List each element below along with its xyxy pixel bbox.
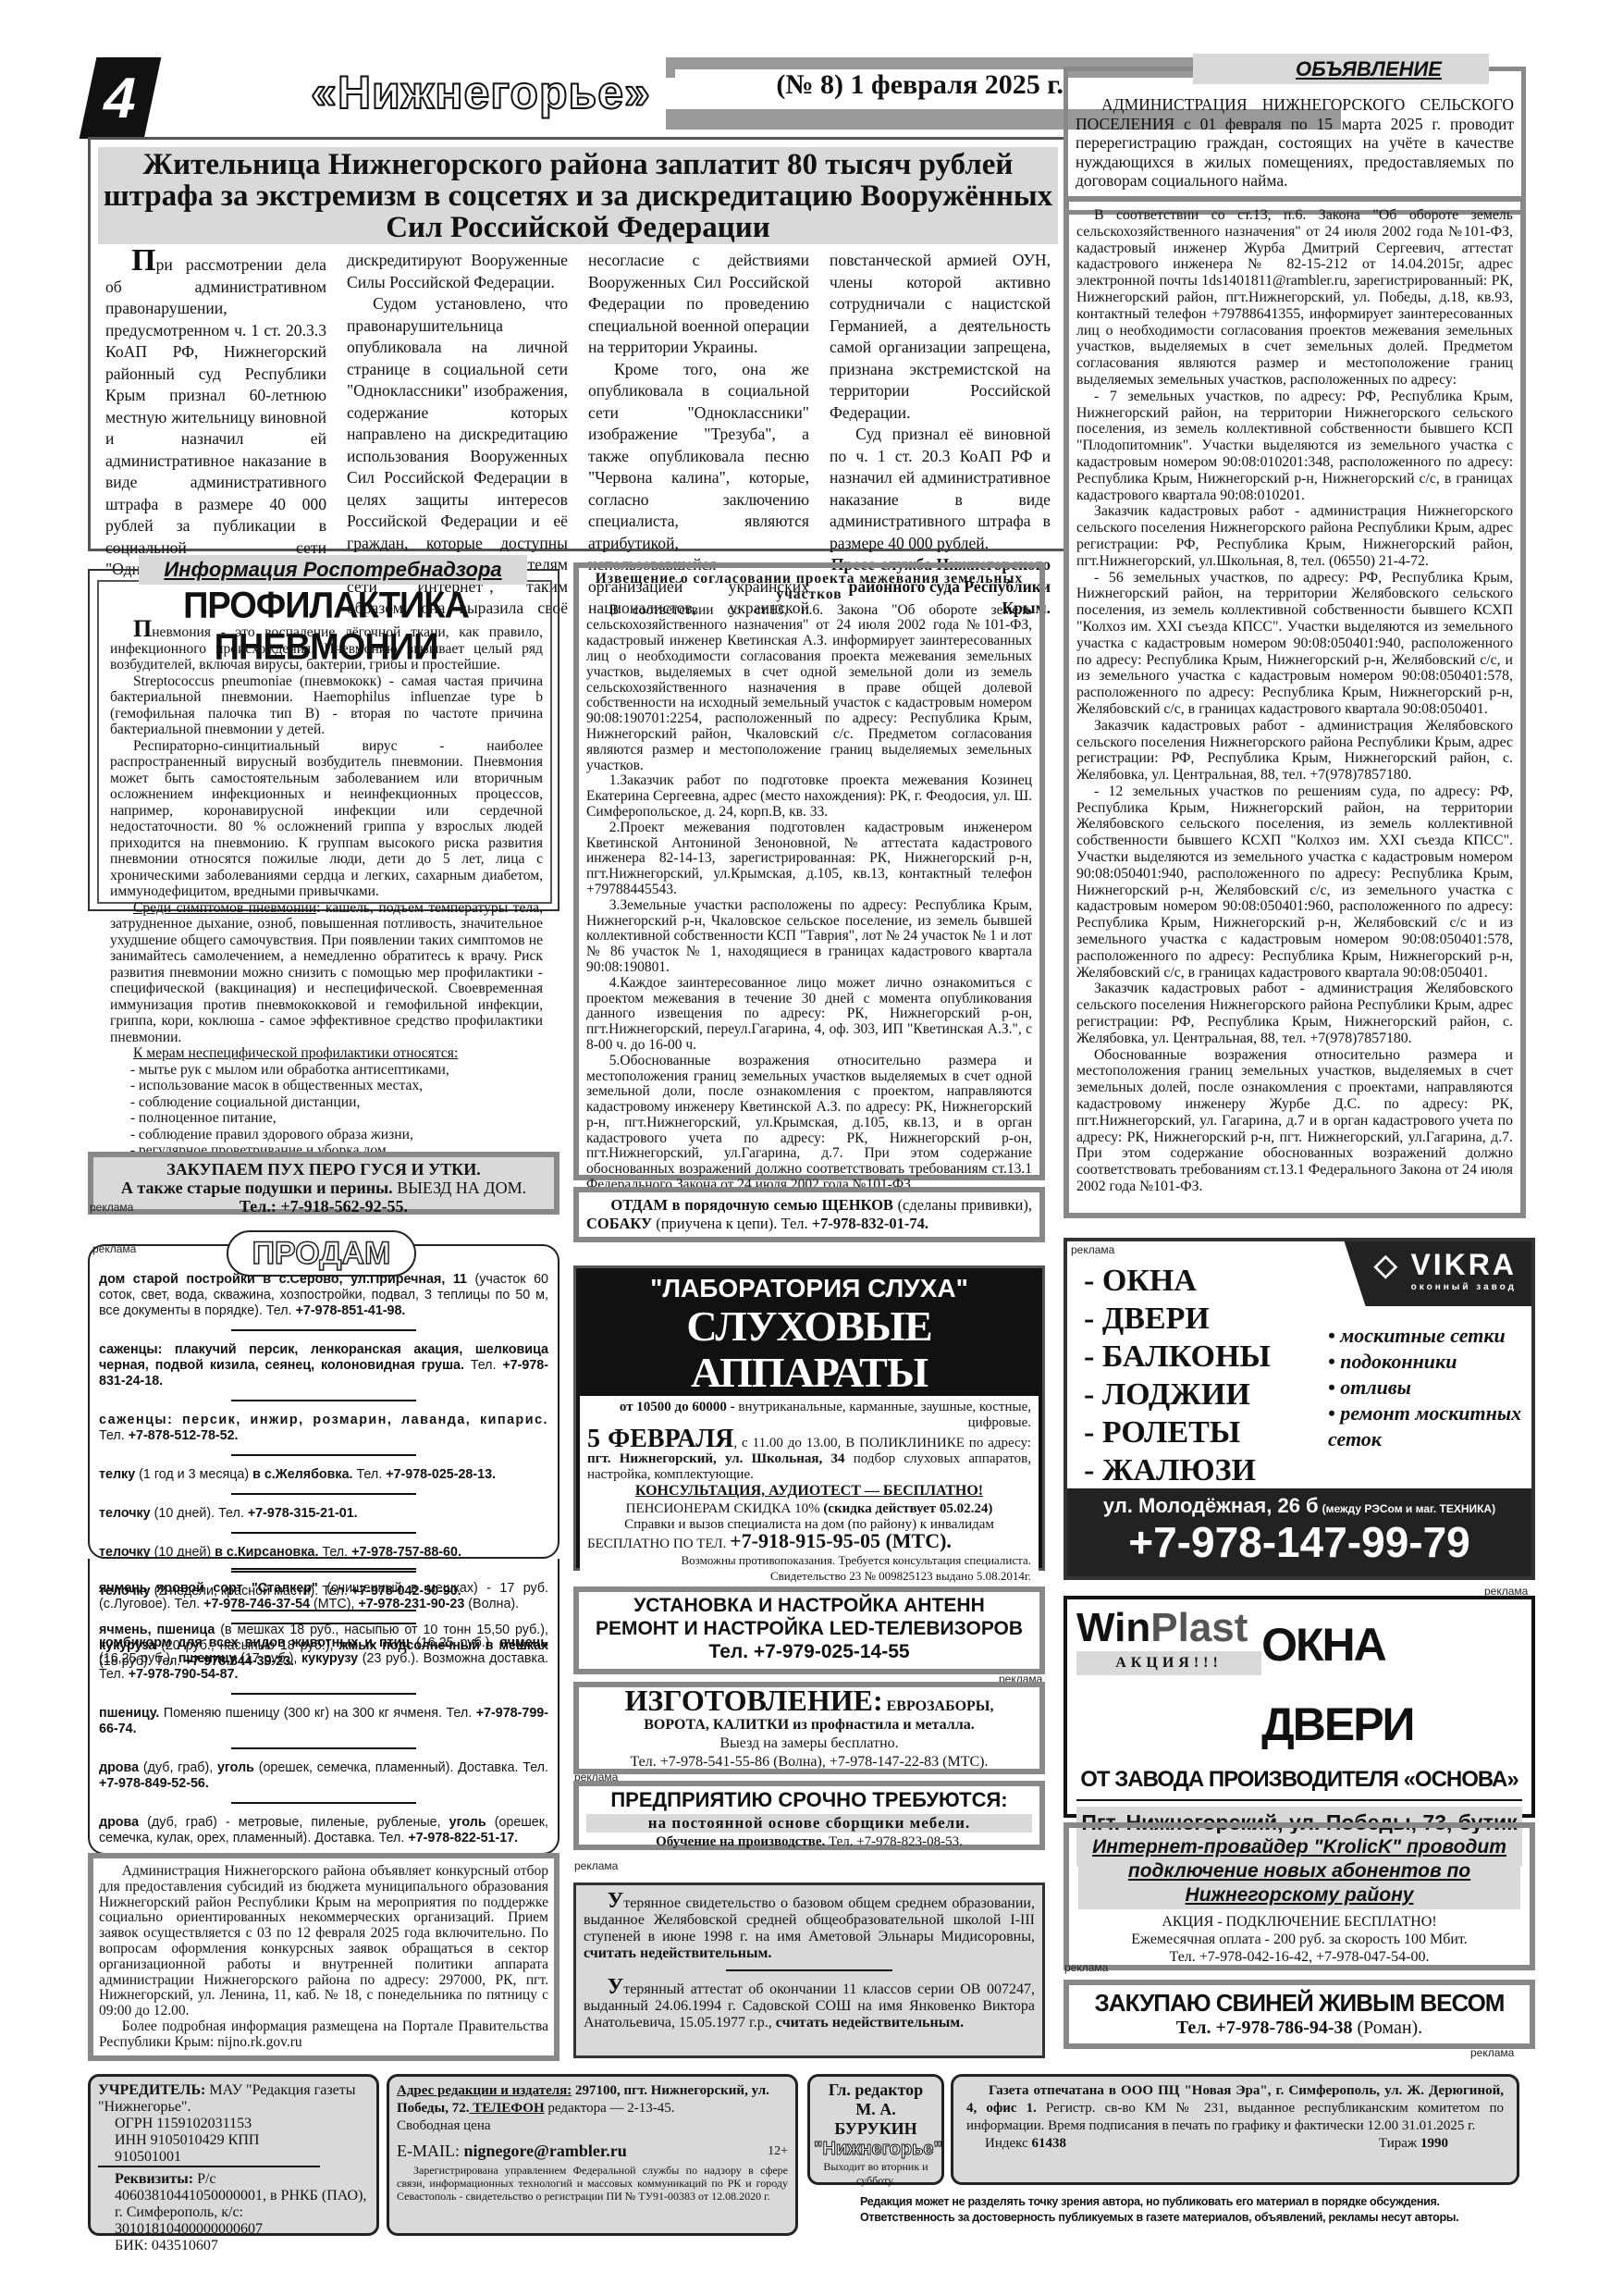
- pneumonia-title: ПРОФИЛАКТИКА ПНЕВМОНИИ: [92, 586, 559, 669]
- classified-item: комбикорм для всех видов животных и птиц…: [99, 1636, 548, 1683]
- notice-paragraph: Заказчик кадастровых работ - администрац…: [1076, 503, 1513, 569]
- main-article: Жительница Нижнегорского района заплатит…: [88, 137, 1068, 551]
- measure-item: - использование масок в общественных мес…: [130, 1078, 543, 1094]
- announcement-label: ОБЪЯВЛЕНИЕ: [1193, 54, 1489, 84]
- ad-headline: ЗАКУПАЕМ ПУХ ПЕРО ГУСЯ И УТКИ.: [93, 1160, 554, 1179]
- pig-buying-ad: ЗАКУПАЮ СВИНЕЙ ЖИВЫМ ВЕСОМ Тел. +7-978-7…: [1064, 1980, 1535, 2049]
- job-ad: ПРЕДПРИЯТИЮ СРОЧНО ТРЕБУЮТСЯ: на постоян…: [573, 1781, 1045, 1850]
- article-headline: Жительница Нижнегорского района заплатит…: [98, 147, 1058, 244]
- newspaper-logo: «Нижнегорье»: [296, 56, 666, 130]
- notice-paragraph: 2.Проект межевания подготовлен кадастров…: [586, 821, 1032, 898]
- notice-paragraph: - 56 земельных участков, по адресу: РФ, …: [1076, 570, 1513, 718]
- separator: [231, 1802, 416, 1804]
- separator: [231, 1400, 416, 1401]
- editorial-disclaimer: Редакция может не разделять точку зрения…: [860, 2194, 1526, 2226]
- classified-item: дрова (дуб, граб), уголь (орешек, семечк…: [99, 1760, 548, 1792]
- measures-list: - мытье рук с мылом или обработка антисе…: [110, 1062, 543, 1159]
- phone: +7-978-790-54-87.: [129, 1667, 239, 1682]
- ad-headline: СЛУХОВЫЕ АППАРАТЫ: [580, 1303, 1039, 1396]
- notice-paragraph: 4.Каждое заинтересованное лицо может лич…: [586, 976, 1032, 1054]
- notice-paragraph: 1.Заказчик работ по подготовке проекта м…: [586, 773, 1032, 820]
- announcement-box: АДМИНИСТРАЦИЯ НИЖНЕГОРСКОГО СЕЛЬСКОГО ПО…: [1064, 67, 1526, 215]
- ad-body: от 10500 до 60000 - внутриканальные, кар…: [580, 1396, 1039, 1599]
- separator: [231, 1454, 416, 1456]
- classifieds-sell: дом старой постройки в с.Серово, ул.Прир…: [88, 1244, 559, 1559]
- phone: Тел. +7-979-025-14-55: [579, 1640, 1039, 1663]
- phone: Тел. +7-978-823-08-53.: [825, 1834, 963, 1849]
- ad-mark: реклама: [1470, 2046, 1514, 2059]
- separator: [231, 1568, 416, 1570]
- phone: +7-978-025-28-13.: [386, 1467, 496, 1482]
- separator: [231, 1747, 416, 1749]
- separator: [231, 1693, 416, 1695]
- issue-date: (№ 8) 1 февраля 2025 г.: [675, 69, 1064, 101]
- announcement-text: АДМИНИСТРАЦИЯ НИЖНЕГОРСКОГО СЕЛЬСКОГО ПО…: [1076, 95, 1514, 191]
- pneumonia-symptoms: Среди симптомов пневмонии: кашель, подъе…: [110, 900, 543, 1046]
- printing-info: Газета отпечатана в ООО ПЦ "Новая Эра", …: [951, 2074, 1519, 2185]
- separator: [231, 1493, 416, 1495]
- measures-title-text: К мерам неспецифической профилактики отн…: [133, 1045, 458, 1061]
- founder-info: УЧРЕДИТЕЛЬ: МАУ "Редакция газеты "Нижнег…: [88, 2074, 379, 2236]
- notice-paragraph: В соответствии со ст.13, п.6. Закона "Об…: [1076, 207, 1513, 389]
- pneumonia-paragraph: Streptococcus pneumoniae (пневмококк) - …: [110, 673, 543, 738]
- winplast-ad: WinPlast АКЦИЯ!!! ОКНА ДВЕРИ ОТ ЗАВОДА П…: [1064, 1596, 1535, 1818]
- age-rating: 12+: [768, 2142, 788, 2160]
- ad-line-bold: А также старые подушки и перины.: [121, 1179, 393, 1197]
- internet-provider-ad: Интернет-провайдер "KrolicK" проводит по…: [1064, 1822, 1535, 1970]
- notice-paragraph: Заказчик кадастровых работ - администрац…: [1076, 718, 1513, 784]
- notice-title: Извещение о согласовании проекта межеван…: [586, 572, 1032, 603]
- chief-editor: Гл. редактор М. А. БУРУКИН "Нижнегорье" …: [807, 2074, 944, 2185]
- measure-item: - полноценное питание,: [130, 1110, 543, 1127]
- notice-paragraph: Администрация Нижнегорского района объяв…: [99, 1864, 548, 2019]
- hearing-aid-ad: "ЛАБОРАТОРИЯ СЛУХА" СЛУХОВЫЕ АППАРАТЫ от…: [573, 1265, 1045, 1571]
- phone: +7-978-231-90-23: [358, 1597, 464, 1611]
- article-paragraph: Суд признал её виновной по ч. 1 ст. 20.3…: [830, 424, 1051, 554]
- rospotrebnadzor-label: Информация Роспотребнадзора: [139, 555, 527, 585]
- phone: Тел. +7-978-541-55-86 (Волна), +7-978-14…: [579, 1753, 1039, 1771]
- notice-paragraph: - 12 земельных участков по решениям суда…: [1076, 784, 1513, 981]
- services-list: • москитные сетки • подоконники • отливы…: [1328, 1323, 1531, 1452]
- classified-item: телочку (10 дней). Тел. +7-978-315-21-01…: [99, 1506, 548, 1522]
- classified-item: телку (1 год и 3 месяца) в с.Желябовка. …: [99, 1467, 548, 1483]
- lost-documents-notices: Утерянное свидетельство о базовом общем …: [573, 1882, 1045, 2058]
- phone: +7-878-512-78-52.: [129, 1428, 239, 1443]
- notice-paragraph: В соответствии со ст.13, п.6. Закона "Об…: [586, 603, 1032, 774]
- feather-buying-ad: ЗАКУПАЕМ ПУХ ПЕРО ГУСЯ И УТКИ. А также с…: [88, 1152, 559, 1215]
- fences-ad: ИЗГОТОВЛЕНИЕ: ЕВРОЗАБОРЫ, ВОРОТА, КАЛИТК…: [573, 1682, 1045, 1774]
- ad-mark: реклама: [90, 1201, 133, 1214]
- separator: [231, 1329, 416, 1331]
- pneumonia-paragraph: Респираторно-синцитиальный вирус - наибо…: [110, 738, 543, 900]
- vikra-windows-ad: реклама ◇ VIKRA оконный завод - ОКНА - Д…: [1064, 1238, 1535, 1580]
- phone: +7-978-147-99-79: [1067, 1518, 1531, 1566]
- symptoms-lead: Среди симптомов пневмонии: [133, 900, 316, 916]
- antenna-service-ad: УСТАНОВКА И НАСТРОЙКА АНТЕНН РЕМОНТ И НА…: [573, 1586, 1045, 1674]
- phone: +7-978-832-01-74.: [812, 1215, 928, 1232]
- notice-paragraph: Обоснованные возражения относительно раз…: [1076, 1047, 1513, 1195]
- phone: +7-978-822-51-17.: [408, 1831, 518, 1845]
- ad-mark: реклама: [574, 1859, 618, 1872]
- measures-title: К мерам неспецифической профилактики отн…: [110, 1045, 543, 1062]
- notice-paragraph: 5.Обоснованные возражения относительно р…: [586, 1054, 1032, 1193]
- ad-mark: реклама: [92, 1242, 136, 1255]
- ad-brand: "ЛАБОРАТОРИЯ СЛУХА": [580, 1274, 1039, 1303]
- classified-item: пшеницу. Поменяю пшеницу (300 кг) на 300…: [99, 1706, 548, 1737]
- classifieds-sell-continued: ячмень яровой сорт "Сталкер" (очищенный …: [88, 1559, 559, 1855]
- ad-phone: Тел.: +7-918-562-92-55.: [93, 1197, 554, 1216]
- page-number: 4: [80, 57, 162, 139]
- phone: Тел. +7-978-786-94-38: [1176, 2018, 1353, 2038]
- newspaper-logo-small: "Нижнегорье": [814, 2139, 938, 2160]
- phone: Тел. +7-978-042-16-42, +7-978-047-54-00.: [1078, 1948, 1520, 1966]
- email-link[interactable]: nignegore@rambler.ru: [463, 2142, 626, 2160]
- event-date: 5 ФЕВРАЛЯ: [587, 1425, 733, 1453]
- land-survey-notice: В соответствии со ст.13, п.6. Закона "Об…: [1064, 196, 1526, 1218]
- vikra-logo: ◇ VIKRA оконный завод: [1319, 1241, 1531, 1306]
- measure-item: - соблюдение социальной дистанции,: [130, 1094, 543, 1111]
- phone: +7-978-757-88-60.: [351, 1545, 461, 1560]
- sell-section-tag: ПРОДАМ: [227, 1230, 416, 1277]
- phone: +7-978-849-52-56.: [99, 1776, 209, 1791]
- classified-item: саженцы: плакучий персик, ленкоранская а…: [99, 1342, 548, 1389]
- notice-paragraph: - 7 земельных участков, по адресу: РФ, Р…: [1076, 389, 1513, 504]
- ad-mark: реклама: [1064, 1961, 1108, 1974]
- symptoms-text: : кашель, подъем температуры тела, затру…: [110, 900, 543, 1045]
- notice-paragraph: Более подробная информация размещена на …: [99, 2019, 548, 2051]
- separator: [231, 1623, 416, 1624]
- separator: [726, 1969, 892, 1971]
- puppies-giveaway-ad: ОТДАМ в порядочную семью ЩЕНКОВ (сделаны…: [573, 1187, 1045, 1242]
- phone: +7-978-851-41-98.: [296, 1303, 406, 1318]
- vikra-contact: ул. Молодёжная, 26 б (между РЭСом и маг.…: [1067, 1488, 1531, 1576]
- phone: +7-978-746-37-54: [203, 1597, 310, 1611]
- classified-item: ячмень яровой сорт "Сталкер" (очищенный …: [99, 1581, 548, 1612]
- classified-item: дрова (дуб, граб) - метровые, пиленые, р…: [99, 1815, 548, 1846]
- ad-line-rest: ВЫЕЗД НА ДОМ.: [393, 1179, 526, 1197]
- measure-item: - мытье рук с мылом или обработка антисе…: [130, 1062, 543, 1079]
- separator: [231, 1532, 416, 1534]
- classified-item: дом старой постройки в с.Серово, ул.Прир…: [99, 1272, 548, 1319]
- phone: +7-978-315-21-01.: [248, 1506, 358, 1521]
- classified-item: саженцы: персик, инжир, розмарин, лаванд…: [99, 1413, 548, 1444]
- land-survey-notice-2: Извещение о согласовании проекта межеван…: [573, 562, 1045, 1180]
- notice-paragraph: 3.Земельные участки расположены по адрес…: [586, 898, 1032, 976]
- diamond-icon: ◇: [1374, 1248, 1400, 1281]
- notice-paragraph: Заказчик кадастровых работ - администрац…: [1076, 981, 1513, 1046]
- phone: +7-918-915-95-05 (МТС).: [730, 1529, 952, 1552]
- products-list: - ОКНА - ДВЕРИ - БАЛКОНЫ - ЛОДЖИИ - РОЛЕ…: [1084, 1262, 1271, 1489]
- measure-item: - соблюдение правил здорового образа жиз…: [130, 1127, 543, 1143]
- subsidy-contest-notice: Администрация Нижнегорского района объяв…: [88, 1853, 559, 2061]
- editorial-address: Адрес редакции и издателя: 297100, пгт. …: [387, 2074, 798, 2236]
